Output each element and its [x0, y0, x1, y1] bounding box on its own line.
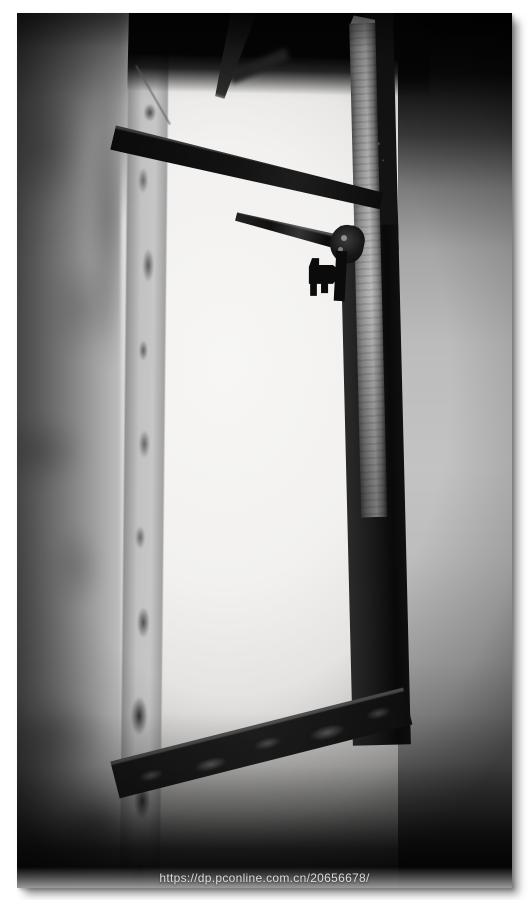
watermark-url: https://dp.pconline.com.cn/20656678/ — [159, 871, 369, 885]
page-background: https://dp.pconline.com.cn/20656678/ — [0, 0, 532, 900]
right-wall — [398, 13, 512, 888]
photo: https://dp.pconline.com.cn/20656678/ — [17, 13, 512, 888]
watermark-bar: https://dp.pconline.com.cn/20656678/ — [17, 867, 512, 888]
latch-rivet — [341, 235, 347, 241]
